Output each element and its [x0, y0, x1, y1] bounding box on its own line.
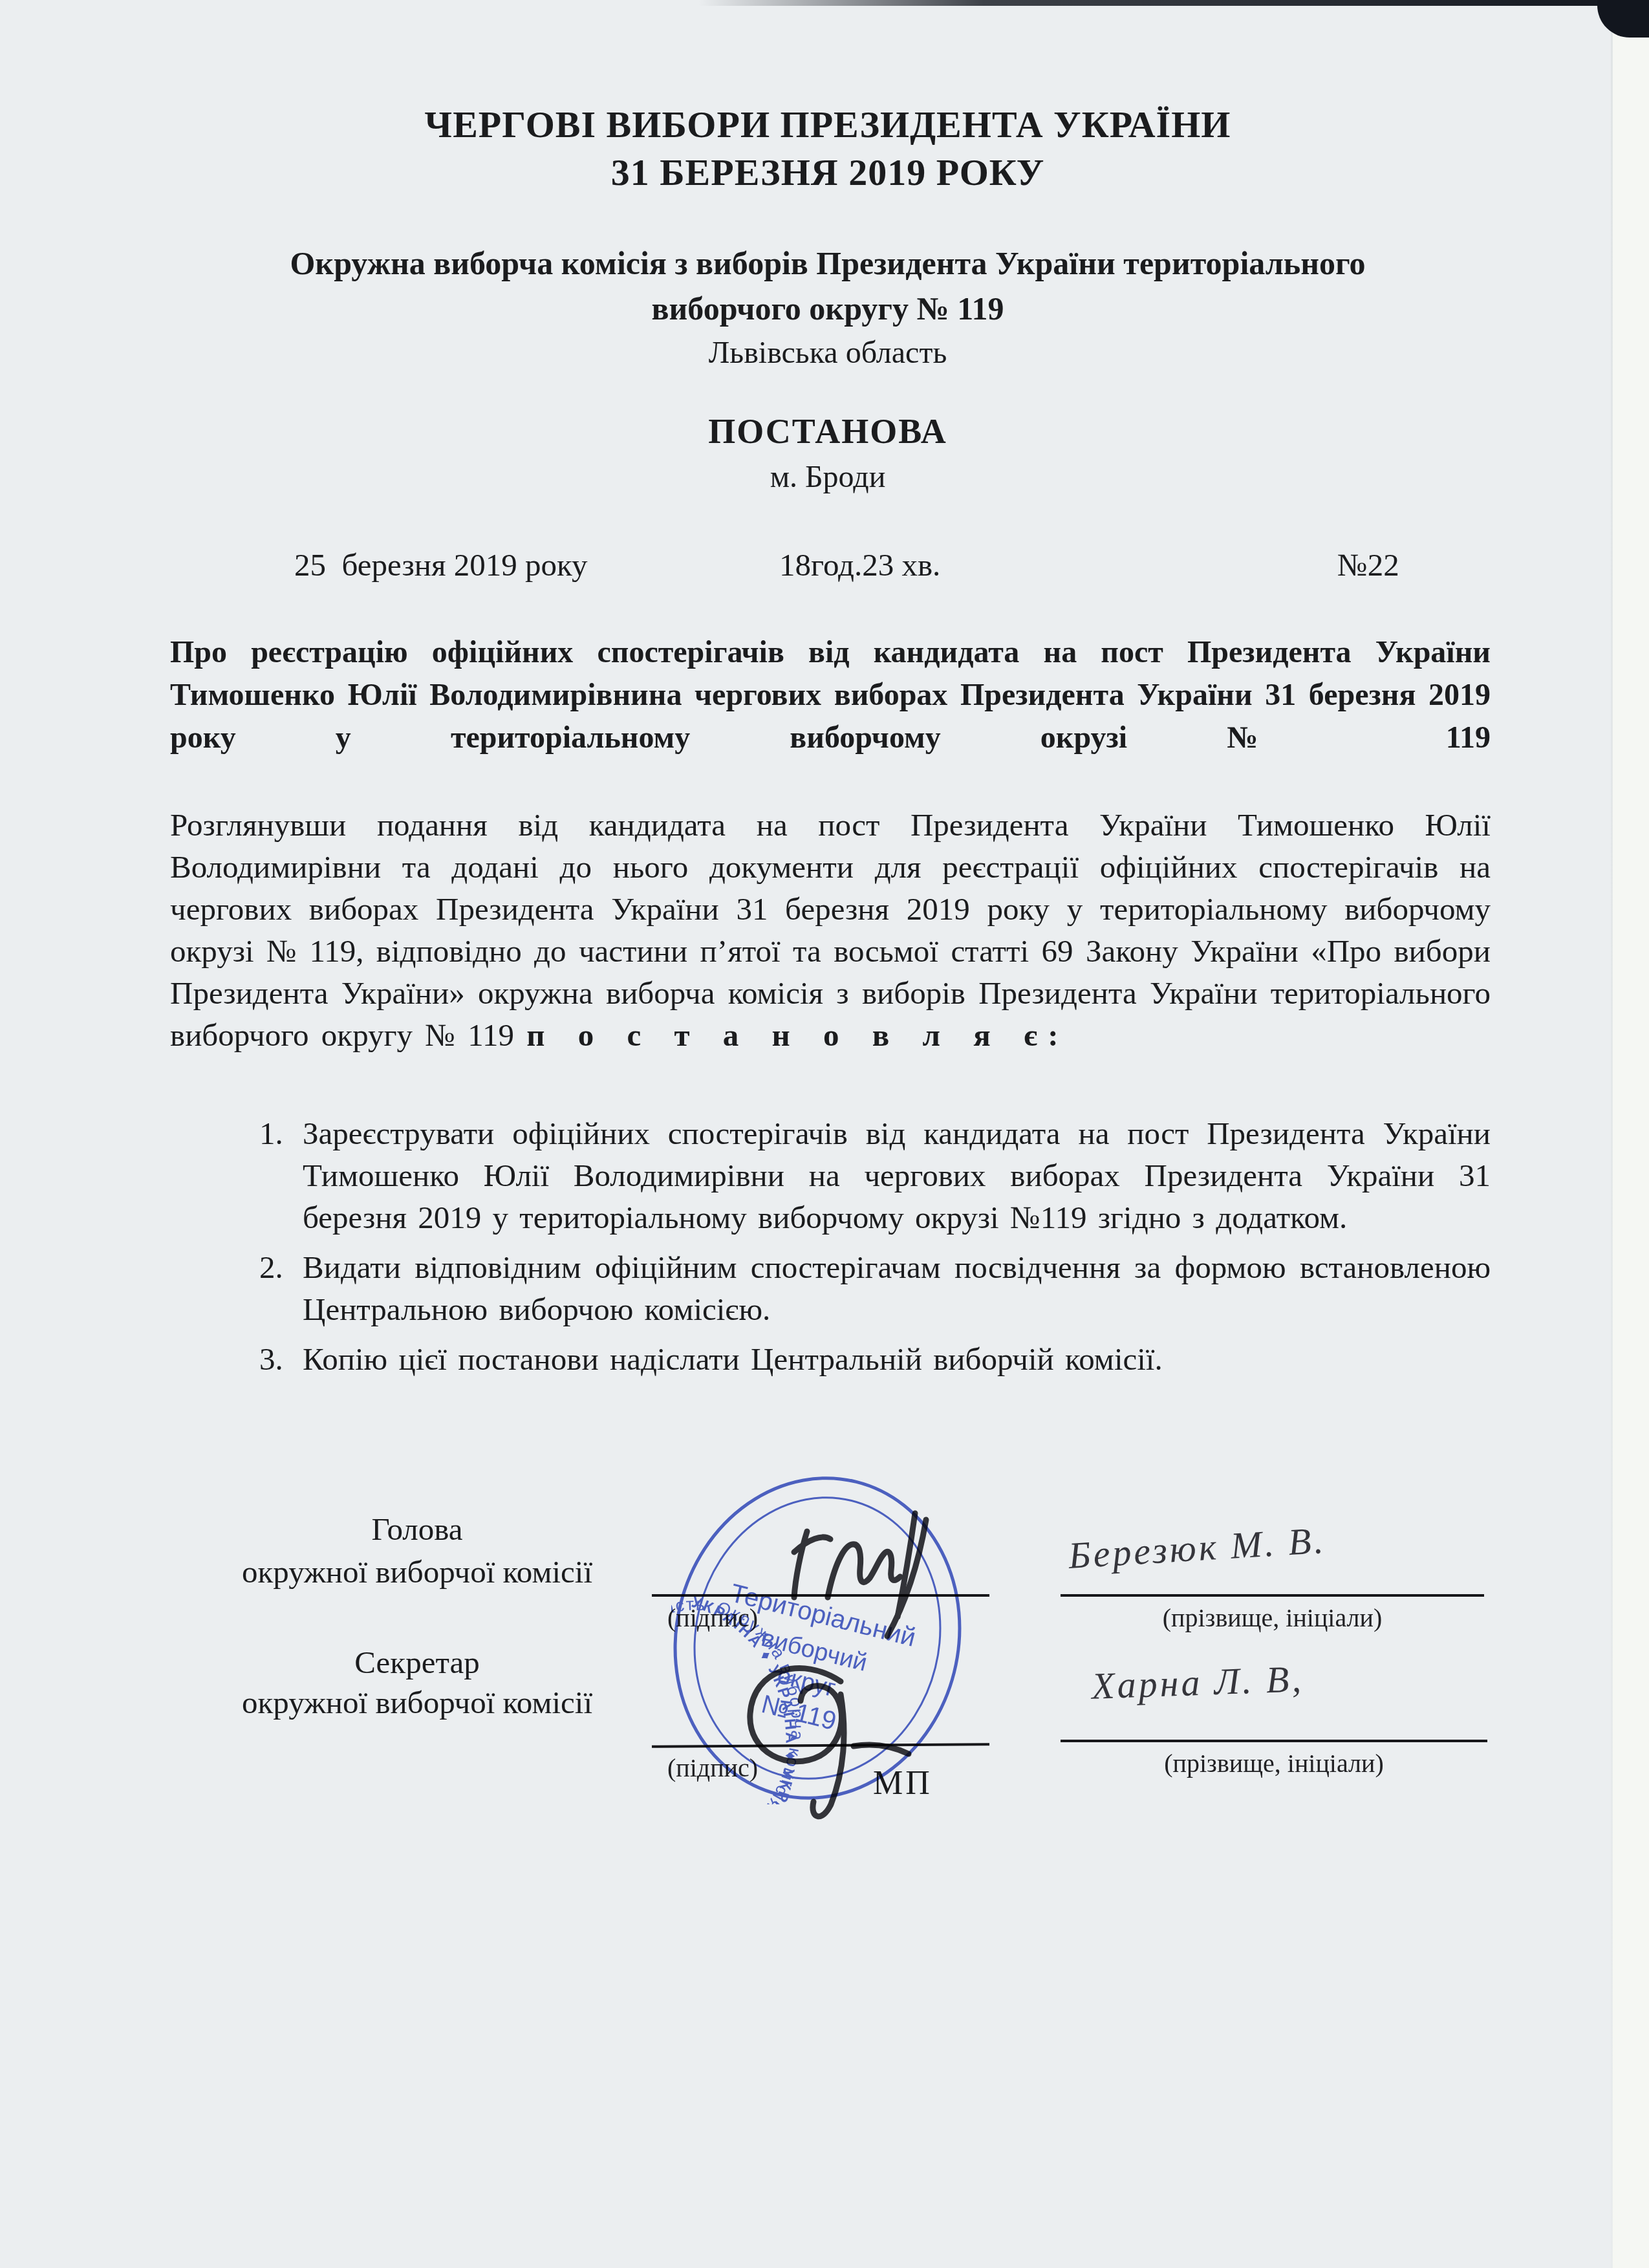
org-line-1: Окружна виборча комісія з виборів Презид…	[165, 241, 1491, 286]
scanner-background-strip	[1611, 0, 1649, 2268]
name-line	[1061, 1740, 1487, 1742]
list-item-number: 1.	[259, 1112, 283, 1154]
scan-edge-artifact-corner	[1597, 0, 1649, 38]
paper-edge	[1611, 0, 1613, 2268]
list-item-number: 2.	[259, 1246, 283, 1288]
body-paragraph-text: Розглянувши подання від кандидата на пос…	[170, 807, 1491, 1053]
title-line-1: ЧЕРГОВІ ВИБОРИ ПРЕЗИДЕНТА УКРАЇНИ	[165, 101, 1491, 149]
list-item: 1. Зареєструвати офіційних спостерігачів…	[170, 1112, 1491, 1238]
role-line-2: окружної виборчої комісії	[194, 1551, 640, 1593]
document-time: 18год.23 хв.	[779, 546, 940, 583]
list-item-text: Копію цієї постанови надіслати Центральн…	[303, 1341, 1163, 1377]
commission-name: Окружна виборча комісія з виборів Презид…	[165, 241, 1491, 331]
subject-heading: Про реєстрацію офіційних спостерігачів в…	[170, 631, 1491, 759]
role-line-1: Секретар	[194, 1643, 640, 1683]
handwritten-name-chairman: Березюк М. В.	[1067, 1518, 1327, 1577]
list-item: 3. Копію цієї постанови надіслати Центра…	[170, 1338, 1491, 1380]
handwritten-name-secretary: Харна Л. В,	[1091, 1657, 1304, 1707]
region-name: Львівська область	[165, 335, 1491, 371]
scan-edge-artifact-top	[698, 0, 1649, 6]
document-date: 25 березня 2019 року	[294, 546, 588, 583]
name-line	[1061, 1594, 1484, 1597]
resolves-label: п о с т а н о в л я є:	[526, 1017, 1068, 1053]
name-caption: (прізвище, ініціали)	[1061, 1603, 1484, 1633]
list-item-text: Зареєструвати офіційних спостерігачів ві…	[303, 1116, 1491, 1235]
name-caption: (прізвище, ініціали)	[1061, 1748, 1487, 1778]
title-line-2: 31 БЕРЕЗНЯ 2019 РОКУ	[165, 149, 1491, 197]
list-item-number: 3.	[259, 1338, 283, 1380]
ink-signature-secretary	[724, 1643, 944, 1824]
list-item-text: Видати відповідним офіційним спостерігач…	[303, 1249, 1491, 1327]
document-number: №22	[1337, 546, 1399, 583]
list-item: 2. Видати відповідним офіційним спостері…	[170, 1246, 1491, 1330]
signer-role-secretary: Секретар окружної виборчої комісії	[194, 1643, 640, 1723]
ink-signature-chairman	[744, 1500, 951, 1649]
document-type: ПОСТАНОВА	[165, 411, 1491, 451]
document-title: ЧЕРГОВІ ВИБОРИ ПРЕЗИДЕНТА УКРАЇНИ 31 БЕР…	[165, 101, 1491, 197]
document-place: м. Броди	[165, 459, 1491, 495]
signer-role-chairman: Голова окружної виборчої комісії	[194, 1508, 640, 1593]
org-line-2: виборчого округу № 119	[165, 286, 1491, 331]
resolution-list: 1. Зареєструвати офіційних спостерігачів…	[170, 1112, 1491, 1388]
scanned-document-page: ЧЕРГОВІ ВИБОРИ ПРЕЗИДЕНТА УКРАЇНИ 31 БЕР…	[0, 0, 1649, 2268]
role-line-1: Голова	[194, 1508, 640, 1551]
role-line-2: окружної виборчої комісії	[194, 1683, 640, 1723]
body-paragraph: Розглянувши подання від кандидата на пос…	[170, 804, 1491, 1056]
